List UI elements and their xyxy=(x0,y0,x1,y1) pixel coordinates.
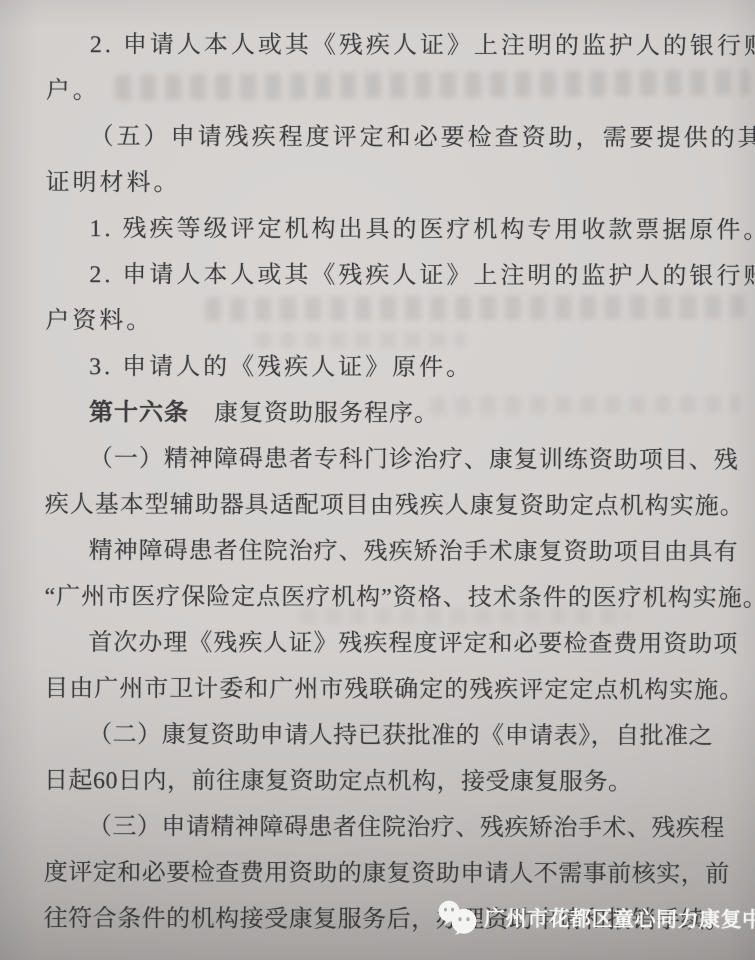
article-number: 第十六条 xyxy=(89,400,189,426)
text-line: 户资料。 xyxy=(45,298,745,346)
text-line: 证明材料。 xyxy=(46,160,746,208)
text-line: 1. 残疾等级评定机构出具的医疗机构专用收款票据原件。 xyxy=(45,206,745,254)
text-line: 度评定和必要检查费用资助的康复资助申请人不需事前核实，前 xyxy=(44,850,744,898)
text-line: 2. 申请人本人或其《残疾人证》上注明的监护人的银行账 xyxy=(45,252,745,300)
text-line: 2. 申请人本人或其《残疾人证》上注明的监护人的银行账 xyxy=(46,22,746,70)
text-line: 精神障碍患者住院治疗、残疾矫治手术康复资助项目由具有 xyxy=(45,528,745,576)
watermark-text: 广州市花都区童心同力康复中心 xyxy=(484,902,755,934)
text-line: 日起60日内，前往康复资助定点机构，接受康复服务。 xyxy=(44,758,744,806)
text-line: 目由广州市卫计委和广州市残联确定的残疾评定定点机构实施。 xyxy=(44,666,744,714)
text-line: （二）康复资助申请人持已获批准的《申请表》，自批准之 xyxy=(44,712,744,760)
document-text: 2. 申请人本人或其《残疾人证》上注明的监护人的银行账户。（五）申请残疾程度评定… xyxy=(44,22,746,944)
text-line: “广州市医疗保险定点医疗机构”资格、技术条件的医疗机构实施。 xyxy=(44,574,744,622)
photo-page: 2. 申请人本人或其《残疾人证》上注明的监护人的银行账户。（五）申请残疾程度评定… xyxy=(0,0,755,960)
text-line: （五）申请残疾程度评定和必要检查资助，需要提供的其他 xyxy=(46,114,746,162)
text-line: 第十六条 康复资助服务程序。 xyxy=(45,390,745,438)
text-line: 户。 xyxy=(46,68,746,116)
text-line: 首次办理《残疾人证》残疾程度评定和必要检查费用资助项 xyxy=(44,620,744,668)
text-line: 疾人基本型辅助器具适配项目由残疾人康复资助定点机构实施。 xyxy=(45,482,745,530)
text-line: （一）精神障碍患者专科门诊治疗、康复训练资助项目、残 xyxy=(45,436,745,484)
text-line-segment: 康复资助服务程序。 xyxy=(189,400,439,427)
watermark: 广州市花都区童心同力康复中心 xyxy=(434,898,755,938)
text-line: （三）申请精神障碍患者住院治疗、残疾矫治手术、残疾程 xyxy=(44,804,744,852)
text-line: 3. 申请人的《残疾人证》原件。 xyxy=(45,344,745,392)
wechat-bubbles-logo-icon xyxy=(434,898,480,936)
